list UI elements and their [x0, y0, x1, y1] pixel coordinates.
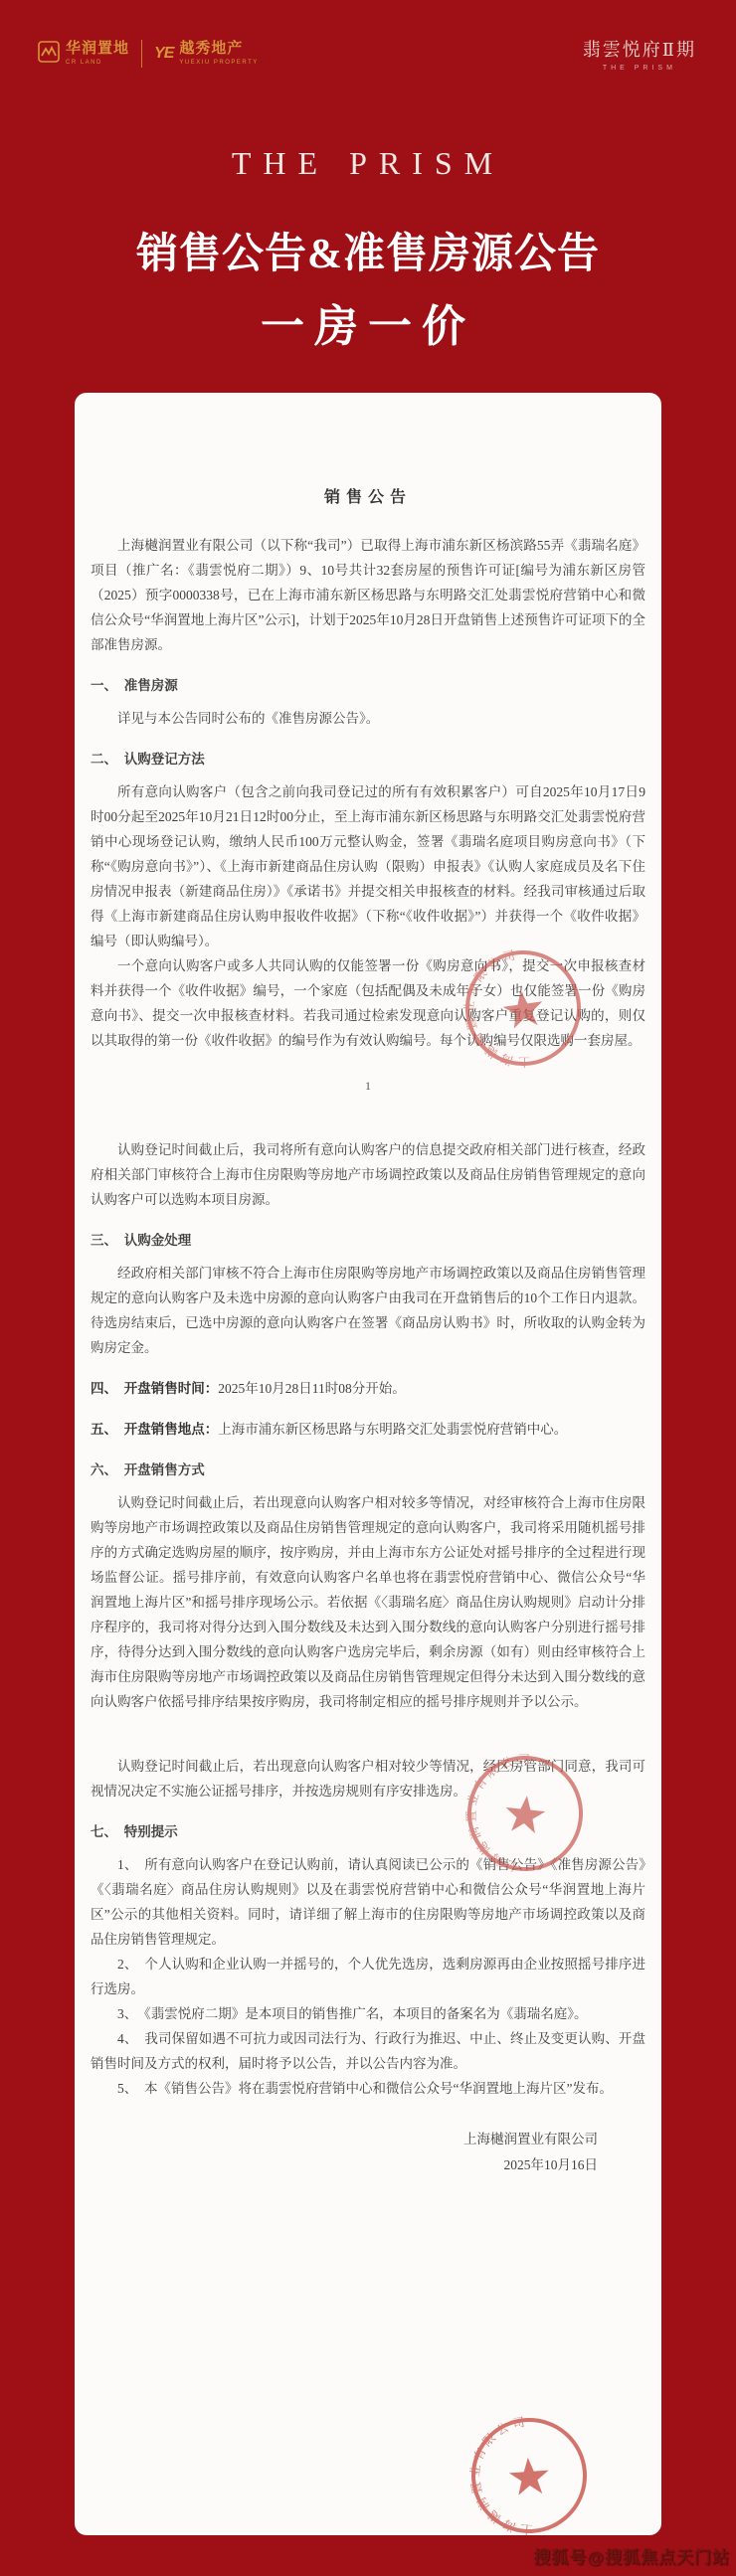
signature-block: 上海樾润置业有限公司 2025年10月16日 — [91, 2127, 645, 2178]
logo-divider — [141, 40, 142, 68]
project-name: 翡雲悦府Ⅱ期 — [583, 36, 696, 62]
section-4-label: 四、 开盘销售时间： — [91, 1381, 218, 1396]
project-logo: 翡雲悦府Ⅱ期 THE PRISM — [583, 36, 696, 72]
yuexiu-subtitle: YUEXIU PROPERTY — [179, 60, 258, 66]
hero-subtitle: 一房一价 — [0, 290, 736, 354]
section-7-item-4: 4、 我司保留如遇不可抗力或因司法行为、行政行为推迟、中止、终止及变更认购、开盘… — [91, 2026, 645, 2076]
section-6-paragraph-2: 认购登记时间截止后，若出现意向认购客户相对较少等情况，经区房管部门同意，我司可视… — [91, 1754, 645, 1803]
crland-mountain-icon — [38, 41, 60, 68]
section-2-heading: 二、 认购登记方法 — [91, 747, 645, 772]
section-7-item-2: 2、 个人认购和企业认购一并摇号的，个人优先选房，选剩房源再由企业按照摇号排序进… — [91, 1952, 645, 2001]
section-7-heading: 七、 特别提示 — [91, 1819, 645, 1844]
header: 华润置地 CR LAND YE 越秀地产 YUEXIU PROPERTY 翡雲悦… — [38, 34, 696, 74]
project-subtitle: THE PRISM — [583, 65, 696, 72]
section-7-item-3: 3、 《翡雲悦府二期》是本项目的销售推广名，本项目的备案名为《翡瑞名庭》。 — [91, 2001, 645, 2026]
brand-logos: 华润置地 CR LAND YE 越秀地产 YUEXIU PROPERTY — [38, 40, 259, 68]
section-2-paragraph-1: 所有意向认购客户（包含之前向我司登记过的所有有效积累客户）可自2025年10月1… — [91, 779, 645, 953]
hero-brand-wordmark: THE PRISM — [0, 145, 736, 182]
section-2-paragraph-2: 一个意向认购客户或多人共同认购的仅能签署一份《购房意向书》，提交一次申报核查材料… — [91, 953, 645, 1053]
section-5-line: 五、 开盘销售地点：上海市浦东新区杨思路与东明路交汇处翡雲悦府营销中心。 — [91, 1417, 645, 1442]
document-title: 销售公告 — [91, 484, 645, 507]
crland-logo: 华润置地 CR LAND — [38, 41, 129, 68]
crland-subtitle: CR LAND — [66, 60, 129, 66]
crland-name: 华润置地 — [66, 42, 129, 58]
section-5-value: 上海市浦东新区杨思路与东明路交汇处翡雲悦府营销中心。 — [218, 1422, 567, 1437]
signature-date: 2025年10月16日 — [91, 2152, 598, 2178]
section-4-line: 四、 开盘销售时间：2025年10月28日11时08分开始。 — [91, 1376, 645, 1401]
section-3-body: 经政府相关部门审核不符合上海市住房限购等房地产市场调控政策以及商品住房销售管理规… — [91, 1261, 645, 1360]
hero-title: 销售公告&准售房源公告 — [0, 221, 736, 280]
page-number: 1 — [91, 1079, 645, 1094]
section-1-body: 详见与本公告同时公布的《准售房源公告》。 — [91, 706, 645, 731]
section-1-heading: 一、 准售房源 — [91, 673, 645, 698]
section-5-label: 五、 开盘销售地点： — [91, 1422, 218, 1437]
section-2-paragraph-3: 认购登记时间截止后，我司将所有意向认购客户的信息提交政府相关部门进行核查，经政府… — [91, 1137, 645, 1212]
section-7-item-5: 5、 本《销售公告》将在翡雲悦府营销中心和微信公众号“华润置地上海片区”发布。 — [91, 2076, 645, 2101]
section-3-heading: 三、 认购金处理 — [91, 1228, 645, 1253]
section-6-heading: 六、 开盘销售方式 — [91, 1458, 645, 1482]
section-6-paragraph-1: 认购登记时间截止后，若出现意向认购客户相对较多等情况，对经审核符合上海市住房限购… — [91, 1490, 645, 1714]
section-4-value: 2025年10月28日11时08分开始。 — [218, 1381, 406, 1396]
watermark-text: 搜狐号@搜狐焦点天门站 — [533, 2543, 730, 2568]
yuexiu-ye-icon: YE — [154, 45, 173, 63]
announcement-document: 销售公告 上海樾润置业有限公司（以下称“我司”）已取得上海市浦东新区杨滨路55弄… — [75, 393, 661, 2535]
page-background: 华润置地 CR LAND YE 越秀地产 YUEXIU PROPERTY 翡雲悦… — [0, 0, 736, 2576]
yuexiu-name: 越秀地产 — [179, 42, 258, 58]
intro-paragraph: 上海樾润置业有限公司（以下称“我司”）已取得上海市浦东新区杨滨路55弄《翡瑞名庭… — [91, 533, 645, 657]
yuexiu-logo: YE 越秀地产 YUEXIU PROPERTY — [154, 42, 259, 66]
section-7-item-1: 1、 所有意向认购客户在登记认购前，请认真阅读已公示的《销售公告》《准售房源公告… — [91, 1852, 645, 1952]
signature-company: 上海樾润置业有限公司 — [91, 2127, 598, 2152]
